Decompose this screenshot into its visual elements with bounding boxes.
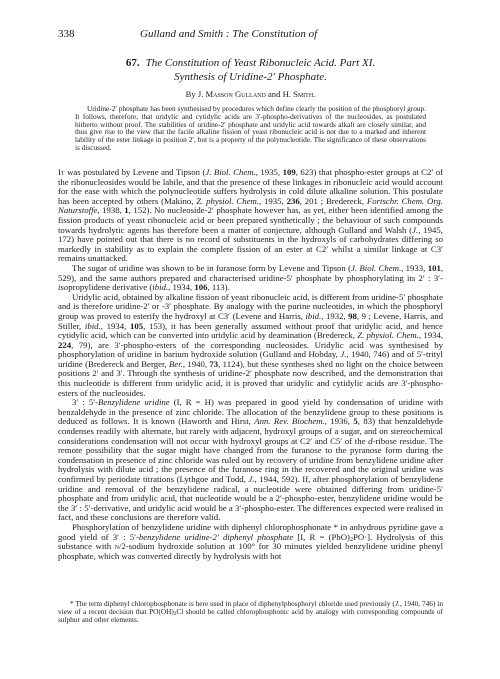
text: propylidene derivative ( — [68, 282, 152, 292]
paragraph-4: 3′ : 5′-Benzylidene uridine (I, R = H) w… — [58, 398, 443, 523]
author-2: H. Smith. — [283, 89, 316, 99]
journal-ref: Z. physiol. Chem. — [196, 196, 259, 206]
running-head: 338 Gulland and Smith : The Constitution… — [58, 28, 443, 42]
journal-ref: ibid. — [152, 282, 168, 292]
volume: 106 — [194, 282, 207, 292]
text: 3′ : 5′- — [72, 397, 98, 407]
author-1: J. Masson Gulland — [198, 89, 266, 99]
compound-name: benzylidene uridine-2′ diphenyl phosphat… — [139, 532, 293, 542]
paragraph-3: Uridylic acid, obtained by alkaline fiss… — [58, 293, 443, 399]
volume: 236 — [287, 196, 300, 206]
text: , 201 ; Bredereck, — [300, 196, 367, 206]
abstract: Uridine-2′ phosphate has been synthesise… — [75, 105, 426, 152]
running-title: Gulland and Smith : The Constitution of — [140, 28, 317, 40]
text: The sugar of uridine was shown to be in … — [72, 263, 351, 273]
footnote: * The term diphenyl chlorophosphonate is… — [58, 600, 443, 624]
volume: 224 — [58, 340, 71, 350]
text: , 1934, — [168, 282, 194, 292]
text: [I, R = (PhO) — [293, 532, 350, 542]
journal-ref: J. Biol. Chem. — [205, 167, 255, 177]
text: , 1936, — [325, 416, 354, 426]
text: , 1938, — [97, 205, 124, 215]
text: , 1933, — [401, 263, 428, 273]
volume: 101 — [428, 263, 441, 273]
footnote-text: * The term diphenyl chlorophosphonate is… — [58, 600, 443, 624]
text: , 113). — [207, 282, 229, 292]
volume: 105 — [130, 321, 143, 331]
text: , 1940, — [183, 359, 210, 369]
text: , 1935, — [256, 167, 283, 177]
article-body: It was postulated by Levene and Tipson (… — [58, 168, 443, 561]
title-line-2: Synthesis of Uridine-2′ Phosphate. — [58, 70, 443, 84]
journal-ref: Ann. Rev. Biochem. — [254, 416, 325, 426]
abstract-text: Uridine-2′ phosphate has been synthesise… — [75, 105, 426, 152]
byline-and: and — [268, 89, 280, 99]
prefix-iso: iso — [58, 282, 68, 292]
article-title: 67.The Constitution of Yeast Ribonucleic… — [58, 56, 443, 84]
text: was postulated by Levene and Tipson ( — [65, 167, 206, 177]
byline: By J. Masson Gulland and H. Smith. — [58, 89, 443, 99]
lead-word: It — [58, 167, 65, 177]
journal-ref: ibid. — [85, 321, 101, 331]
volume: 73 — [209, 359, 218, 369]
byline-by: By — [186, 89, 196, 99]
paragraph-5: Phosphorylation of benzylidene uridine w… — [58, 523, 443, 561]
text: , 1935, — [259, 196, 287, 206]
journal-ref: Ber. — [169, 359, 183, 369]
text: , 1932, — [321, 311, 348, 321]
page-number: 338 — [58, 28, 75, 40]
volume: 98 — [348, 311, 357, 321]
title-line-1: The Constitution of Yeast Ribonucleic Ac… — [146, 57, 375, 69]
journal-ref: J. Biol. Chem. — [351, 263, 401, 273]
compound-name: Benzylidene uridine — [98, 397, 170, 407]
paragraph-2: The sugar of uridine was shown to be in … — [58, 264, 443, 293]
journal-ref: Z. physiol. Chem. — [357, 330, 419, 340]
volume: 109 — [283, 167, 296, 177]
text: , 1934, — [419, 330, 443, 340]
journal-ref: ibid. — [305, 311, 321, 321]
text: , 1934, — [101, 321, 130, 331]
article-number: 67. — [126, 57, 140, 69]
paragraph-1: It was postulated by Levene and Tipson (… — [58, 168, 443, 264]
